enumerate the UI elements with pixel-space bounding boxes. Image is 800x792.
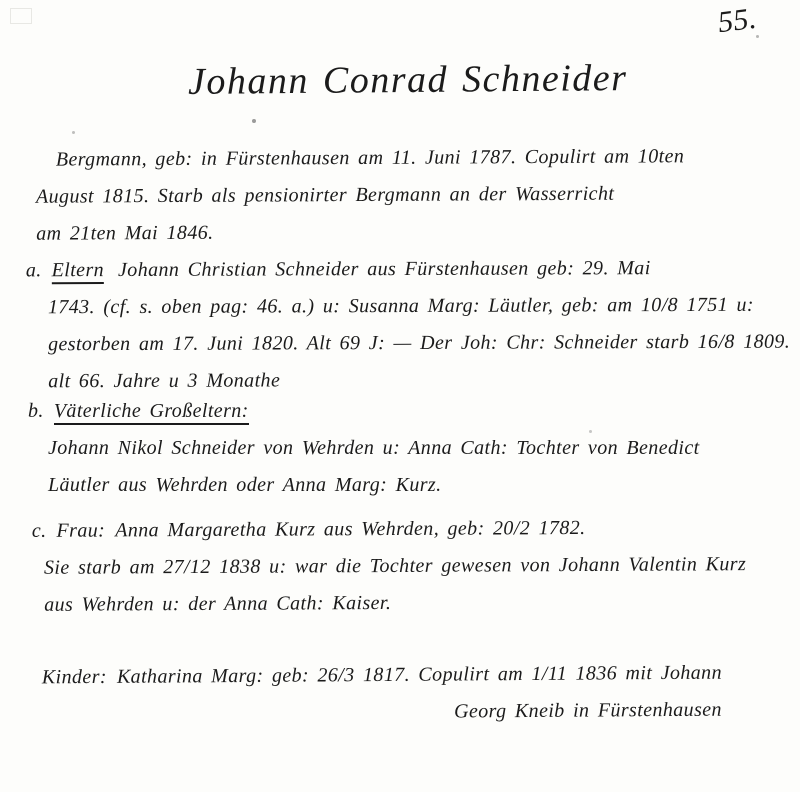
section-label: Kinder: [42,666,107,688]
scan-corner-artifact [10,8,32,24]
handwritten-line: Bergmann, geb: in Fürstenhausen am 11. J… [36,138,685,178]
handwritten-line: August 1815. Starb als pensionirter Berg… [36,175,685,215]
handwritten-line: c.Frau:Anna Margaretha Kurz aus Wehrden,… [32,509,746,550]
section-heading: Eltern [52,259,104,284]
handwritten-line: 1743. (cf. s. oben pag: 46. a.) u: Susan… [26,287,790,327]
handwritten-line: b.Väterliche Großeltern: [28,393,700,430]
handwritten-line: Johann Nikol Schneider von Wehrden u: An… [28,430,700,467]
section-parents: a.ElternJohann Christian Schneider aus F… [26,250,791,401]
handwritten-line: Kinder:Katharina Marg: geb: 26/3 1817. C… [42,655,722,697]
handwritten-line: Sie starb am 27/12 1838 u: war die Tocht… [32,546,746,587]
section-grandparents: b.Väterliche Großeltern: Johann Nikol Sc… [28,393,700,504]
handwritten-line: gestorben am 17. Juni 1820. Alt 69 J: — … [26,324,790,364]
handwritten-line: Georg Kneib in Fürstenhausen [42,692,722,734]
section-heading: Frau: [56,519,105,541]
children-paragraph: Kinder:Katharina Marg: geb: 26/3 1817. C… [42,655,723,734]
page-title: Johann Conrad Schneider [188,56,628,104]
line-text: Katharina Marg: geb: 26/3 1817. Copulirt… [117,662,722,688]
handwritten-line: am 21ten Mai 1846. [36,212,685,252]
page-number: 55. [716,2,759,40]
section-wife: c.Frau:Anna Margaretha Kurz aus Wehrden,… [32,509,747,624]
intro-paragraph: Bergmann, geb: in Fürstenhausen am 11. J… [36,138,685,252]
handwritten-line: aus Wehrden u: der Anna Cath: Kaiser. [32,583,746,624]
ink-speck [252,119,256,123]
section-label: c. [32,520,47,542]
line-text: Johann Christian Schneider aus Fürstenha… [118,257,651,281]
section-label: a. [26,259,42,281]
line-text: Anna Margaretha Kurz aus Wehrden, geb: 2… [115,517,586,541]
ink-speck [72,131,75,134]
handwritten-line: a.ElternJohann Christian Schneider aus F… [26,250,790,290]
section-label: b. [28,400,44,422]
scanned-register-page: 55. Johann Conrad Schneider Bergmann, ge… [0,0,800,792]
handwritten-line: Läutler aus Wehrden oder Anna Marg: Kurz… [28,467,700,504]
section-heading: Väterliche Großeltern: [54,400,249,425]
